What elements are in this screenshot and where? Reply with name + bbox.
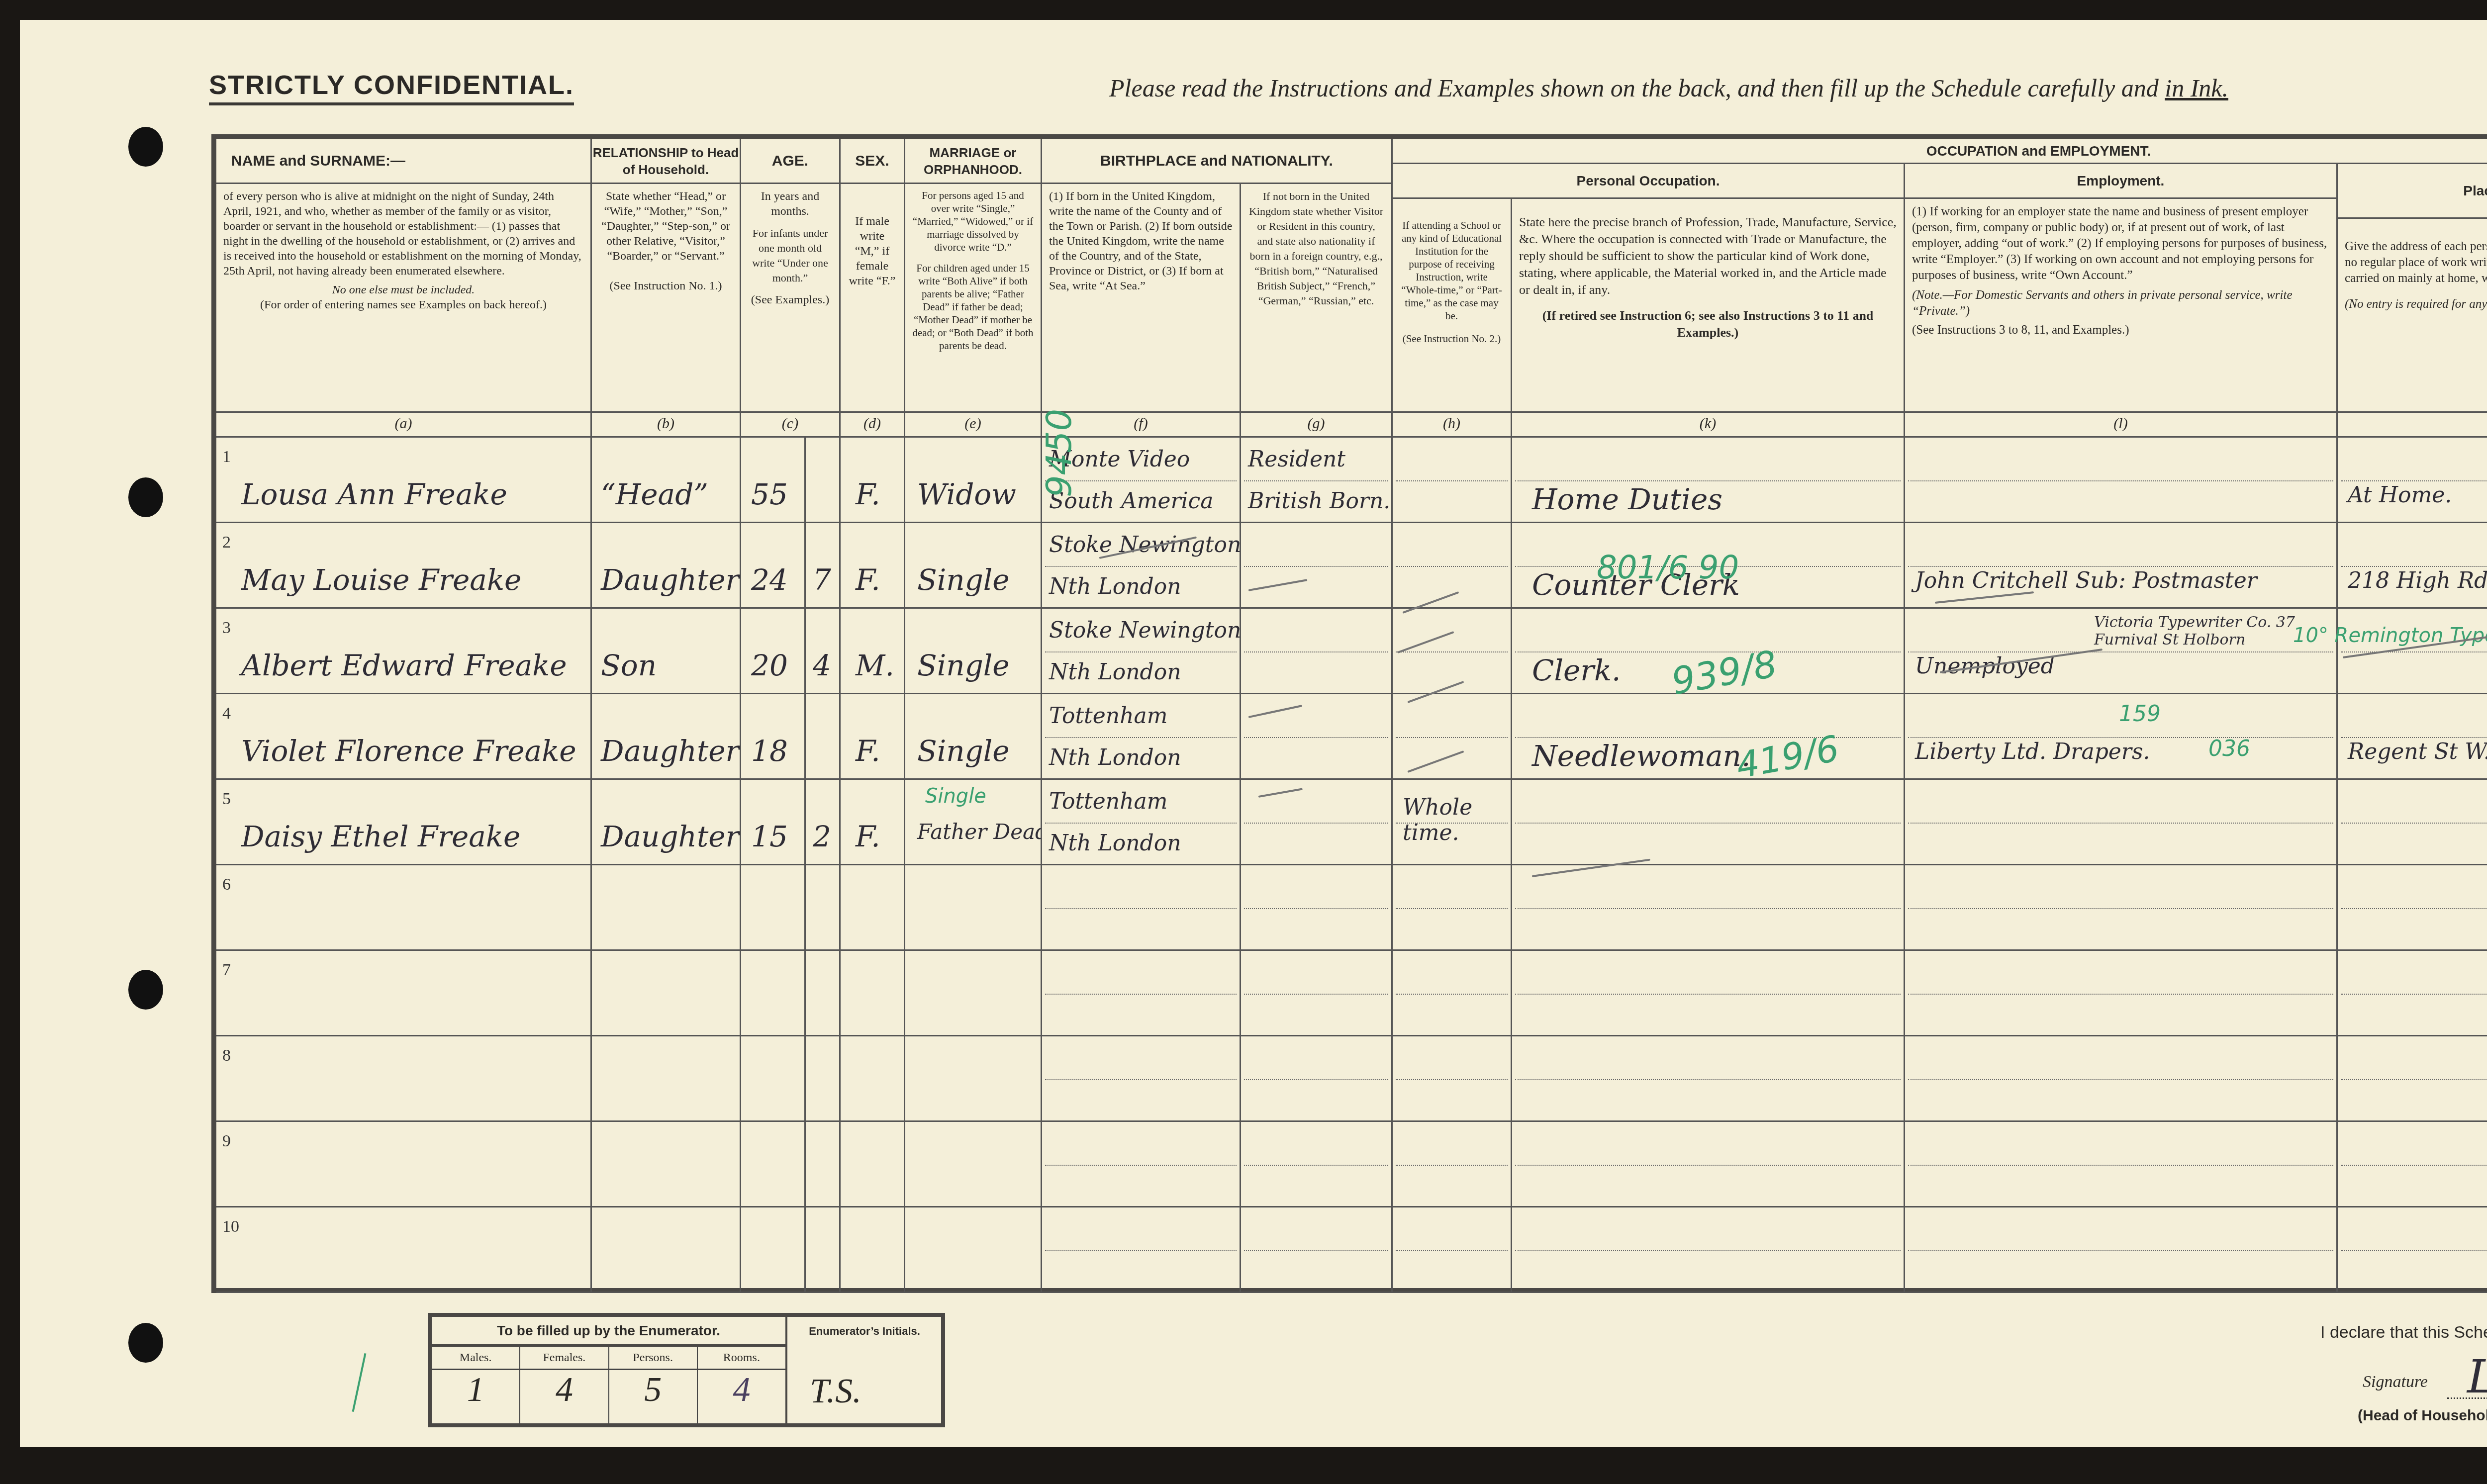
col-birthplace-title: BIRTHPLACE and NATIONALITY.	[1042, 139, 1393, 184]
row-value-birth-line1: Stoke Newington	[1049, 532, 1241, 557]
school-see: (See Instruction No. 2.)	[1400, 332, 1504, 345]
row-divider-line	[1244, 480, 1388, 481]
row-value-age-years: 20	[751, 649, 788, 682]
row-cell-employment[interactable]	[1905, 951, 2338, 1036]
females-value[interactable]: 4	[520, 1370, 608, 1410]
col-relationship-title: RELATIONSHIP to Head of Household.	[592, 139, 741, 184]
row-divider-line	[1045, 1079, 1237, 1080]
row-cell-age-months[interactable]	[806, 951, 841, 1036]
rooms-value[interactable]: 4	[698, 1370, 785, 1410]
signature-label: Signature	[2363, 1373, 2428, 1391]
enumerator-box-title: To be filled up by the Enumerator.	[432, 1317, 787, 1347]
col-name-instructions: of every person who is alive at midnight…	[216, 184, 592, 413]
row-divider-line	[1244, 651, 1388, 652]
row-cell-nationality[interactable]	[1241, 1207, 1393, 1293]
row-value-birth-line1: Stoke Newington	[1049, 618, 1241, 643]
row-cell-relationship[interactable]: Daughter	[592, 780, 741, 865]
row-value-place: 218 High Rd Wood Green.	[2348, 568, 2487, 593]
row-cell-relationship[interactable]: Daughter	[592, 523, 741, 609]
row-cell-sex[interactable]	[841, 951, 905, 1036]
row-cell-sex[interactable]	[841, 1036, 905, 1122]
row-value-employment: Liberty Ltd. Drapers.	[1915, 739, 2150, 764]
row-divider-line	[1908, 1079, 2333, 1080]
row-cell-sex[interactable]: F.	[841, 780, 905, 865]
margin-annotation: 159	[2119, 701, 2161, 727]
row-divider-line	[1396, 908, 1508, 909]
row-value-name: Violet Florence Freake	[241, 734, 576, 768]
col-birthplace-f-instructions: (1) If born in the United Kingdom, write…	[1042, 184, 1241, 413]
row-cell-name[interactable]: 2May Louise Freake	[216, 523, 592, 609]
row-cell-marriage[interactable]	[905, 1122, 1042, 1207]
row-cell-age-years[interactable]	[741, 951, 806, 1036]
row-cell-birth[interactable]: Stoke NewingtonNth London	[1042, 523, 1241, 609]
row-number: 9	[222, 1132, 231, 1151]
row-cell-name[interactable]: 9	[216, 1122, 592, 1207]
row-cell-age-months[interactable]	[806, 865, 841, 951]
row-value-relationship: Son	[601, 649, 657, 682]
row-cell-sex[interactable]: F.	[841, 694, 905, 780]
row-value-occupation: Home Duties	[1532, 482, 1722, 516]
row-cell-occupation[interactable]	[1512, 780, 1905, 865]
instruction-text: Please read the Instructions and Example…	[1109, 74, 2165, 102]
row-divider-line	[1515, 480, 1901, 481]
row-value-age-months: 7	[813, 563, 831, 597]
row-number: 2	[222, 533, 231, 552]
row-divider-line	[2341, 994, 2487, 995]
name-instructions-text: of every person who is alive at midnight…	[223, 189, 583, 278]
row-divider-line	[1396, 1079, 1508, 1080]
row-divider-line	[1396, 651, 1508, 652]
row-cell-marriage[interactable]: Single	[905, 523, 1042, 609]
males-value[interactable]: 1	[432, 1370, 519, 1410]
row-value-age-years: 18	[751, 734, 788, 768]
row-cell-sex[interactable]	[841, 1207, 905, 1293]
row-divider-line	[1515, 994, 1901, 995]
row-cell-nationality[interactable]	[1241, 609, 1393, 694]
row-divider-line	[1244, 908, 1388, 909]
col-sex-instructions: If male write “M,” if female write “F.”	[841, 184, 905, 413]
row-cell-marriage[interactable]	[905, 1036, 1042, 1122]
row-cell-employment[interactable]	[1905, 438, 2338, 523]
row-value-occupation: Clerk.	[1532, 653, 1621, 687]
row-divider-line	[1396, 480, 1508, 481]
letter-c: (c)	[741, 413, 841, 438]
letter-l: (l)	[1905, 413, 2338, 438]
marriage-children-note: For children aged under 15 write “Both A…	[912, 262, 1034, 352]
row-cell-age-years[interactable]: 55	[741, 438, 806, 523]
row-cell-school[interactable]	[1393, 1036, 1512, 1122]
enumerator-summary-box: To be filled up by the Enumerator. Enume…	[428, 1313, 945, 1427]
enumerator-initials-value[interactable]: T.S.	[810, 1372, 861, 1411]
row-cell-age-years[interactable]	[741, 1122, 806, 1207]
row-cell-occupation[interactable]	[1512, 865, 1905, 951]
males-label: Males.	[432, 1347, 519, 1370]
row-value-marriage: Single	[917, 734, 1010, 768]
col-place-instructions: Give the address of each person’s place …	[2338, 219, 2487, 413]
row-cell-place[interactable]	[2338, 609, 2487, 694]
row-cell-school[interactable]	[1393, 438, 1512, 523]
row-cell-nationality[interactable]	[1241, 865, 1393, 951]
row-cell-relationship[interactable]	[592, 865, 741, 951]
row-cell-employment[interactable]	[1905, 1207, 2338, 1293]
row-divider-line	[2341, 908, 2487, 909]
margin-annotation: 10° Remington Typewriting Specialists	[2293, 624, 2487, 647]
row-cell-birth[interactable]: Stoke NewingtonNth London	[1042, 609, 1241, 694]
row-cell-age-months[interactable]: 2	[806, 780, 841, 865]
row-number: 1	[222, 448, 231, 466]
row-value-name: Lousa Ann Freake	[241, 477, 507, 511]
row-cell-name[interactable]: 5Daisy Ethel Freake	[216, 780, 592, 865]
row-value-sex: F.	[856, 563, 880, 597]
personal-occupation-text: State here the precise branch of Profess…	[1519, 214, 1897, 298]
row-cell-place[interactable]	[2338, 780, 2487, 865]
row-divider-line	[1045, 823, 1237, 824]
punch-hole	[128, 477, 163, 517]
row-value-relationship: Daughter	[601, 734, 739, 768]
row-cell-nationality[interactable]	[1241, 951, 1393, 1036]
row-cell-nationality[interactable]	[1241, 1122, 1393, 1207]
row-cell-age-months[interactable]	[806, 1122, 841, 1207]
row-cell-marriage[interactable]: Single	[905, 609, 1042, 694]
row-cell-place[interactable]: At Home.	[2338, 438, 2487, 523]
row-number: 10	[222, 1217, 239, 1236]
row-value-birth-line2: Nth London	[1049, 659, 1181, 685]
row-value-birth-line1: Tottenham	[1049, 703, 1167, 729]
row-divider-line	[1244, 823, 1388, 824]
row-value-marriage: Single	[917, 563, 1010, 597]
row-cell-relationship[interactable]	[592, 1207, 741, 1293]
persons-label: Persons.	[609, 1347, 697, 1370]
place-instructions-text: Give the address of each person’s place …	[2345, 239, 2487, 286]
row-cell-employment[interactable]	[1905, 1036, 2338, 1122]
letter-k: (k)	[1512, 413, 1905, 438]
row-cell-age-years[interactable]: 20	[741, 609, 806, 694]
place-note: (No entry is required for any person who…	[2345, 296, 2487, 312]
row-divider-line	[1244, 566, 1388, 567]
row-cell-nationality[interactable]	[1241, 523, 1393, 609]
row-divider-line	[1908, 908, 2333, 909]
row-cell-age-years[interactable]: 15	[741, 780, 806, 865]
row-cell-school[interactable]	[1393, 1207, 1512, 1293]
row-value-marriage: Single	[917, 649, 1010, 682]
col-marriage-title: MARRIAGE or ORPHANHOOD.	[905, 139, 1042, 184]
relationship-instructions-text: State whether “Head,” or “Wife,” “Mother…	[599, 189, 733, 264]
signature-value[interactable]: L. A. Freake	[2467, 1350, 2487, 1403]
col-marriage-instructions: For persons aged 15 and over write “Sing…	[905, 184, 1042, 413]
row-number: 4	[222, 704, 231, 723]
letter-d: (d)	[841, 413, 905, 438]
row-cell-nationality[interactable]	[1241, 780, 1393, 865]
row-divider-line	[1515, 651, 1901, 652]
row-cell-occupation[interactable]	[1512, 951, 1905, 1036]
row-cell-relationship[interactable]: Son	[592, 609, 741, 694]
row-cell-name[interactable]: 10	[216, 1207, 592, 1293]
row-divider-line	[1244, 994, 1388, 995]
row-value-age-years: 55	[751, 477, 788, 511]
col-relationship-instructions: State whether “Head,” or “Wife,” “Mother…	[592, 184, 741, 413]
row-cell-relationship[interactable]: Daughter	[592, 694, 741, 780]
row-cell-school[interactable]	[1393, 951, 1512, 1036]
employment-note: (Note.—For Domestic Servants and others …	[1912, 287, 2329, 319]
row-value-relationship: “Head”	[601, 477, 708, 511]
row-cell-age-months[interactable]: 7	[806, 523, 841, 609]
row-value-birth-line2: Nth London	[1049, 831, 1181, 856]
row-cell-employment[interactable]: John Critchell Sub: Postmaster	[1905, 523, 2338, 609]
row-divider-line	[1908, 1165, 2333, 1166]
row-cell-birth[interactable]	[1042, 1207, 1241, 1293]
row-cell-occupation[interactable]: Home Duties	[1512, 438, 1905, 523]
persons-value[interactable]: 5	[609, 1370, 697, 1410]
persons-cell: Persons. 5	[609, 1347, 698, 1423]
row-cell-school[interactable]	[1393, 694, 1512, 780]
row-cell-birth[interactable]: TottenhamNth London	[1042, 780, 1241, 865]
row-value-name: Albert Edward Freake	[241, 649, 567, 682]
row-divider-line	[1045, 908, 1237, 909]
row-value-name: May Louise Freake	[241, 563, 521, 597]
letter-g: (g)	[1241, 413, 1393, 438]
fill-instructions: Please read the Instructions and Example…	[1109, 74, 2228, 102]
col-school-instructions: If attending a School or any kind of Edu…	[1393, 199, 1512, 413]
row-value-sex: F.	[856, 820, 880, 853]
age-infants-note: For infants under one month old write “U…	[748, 226, 832, 285]
row-value-age-months: 2	[813, 820, 831, 853]
row-divider-line	[1045, 994, 1237, 995]
row-cell-occupation[interactable]: Needlewoman.	[1512, 694, 1905, 780]
row-divider-line	[2341, 651, 2487, 652]
col-personal-occupation-instructions: State here the precise branch of Profess…	[1512, 199, 1905, 413]
marriage-instructions-text: For persons aged 15 and over write “Sing…	[912, 189, 1034, 254]
declaration-text: I declare that this Schedule is correctl…	[2320, 1323, 2487, 1342]
row-cell-marriage[interactable]: Widow	[905, 438, 1042, 523]
name-note: No one else must be included.	[223, 282, 583, 297]
row-cell-age-years[interactable]	[741, 1036, 806, 1122]
row-cell-birth[interactable]	[1042, 951, 1241, 1036]
row-cell-age-years[interactable]	[741, 1207, 806, 1293]
row-cell-occupation[interactable]	[1512, 1207, 1905, 1293]
row-cell-age-months[interactable]	[806, 694, 841, 780]
row-cell-name[interactable]: 8	[216, 1036, 592, 1122]
row-cell-marriage[interactable]: Single	[905, 694, 1042, 780]
row-value-name: Daisy Ethel Freake	[241, 820, 520, 853]
row-cell-school[interactable]	[1393, 1122, 1512, 1207]
row-cell-place[interactable]: Regent St W.	[2338, 694, 2487, 780]
enumerator-counts: Males. 1 Females. 4 Persons. 5 Rooms. 4	[432, 1347, 787, 1423]
row-cell-sex[interactable]	[841, 865, 905, 951]
row-cell-sex[interactable]: M.	[841, 609, 905, 694]
row-divider-line	[2341, 566, 2487, 567]
row-cell-sex[interactable]: F.	[841, 523, 905, 609]
letter-a: (a)	[216, 413, 592, 438]
letter-e: (e)	[905, 413, 1042, 438]
row-cell-name[interactable]: 3Albert Edward Freake	[216, 609, 592, 694]
row-divider-line	[1908, 566, 2333, 567]
row-divider-line	[1908, 651, 2333, 652]
row-cell-name[interactable]: 6	[216, 865, 592, 951]
row-divider-line	[1045, 566, 1237, 567]
row-value-birth-line2: Nth London	[1049, 574, 1181, 599]
col-occupation-title: OCCUPATION and EMPLOYMENT.	[1393, 139, 2487, 164]
row-divider-line	[1515, 908, 1901, 909]
row-value-marriage: Widow	[917, 477, 1016, 511]
row-cell-employment[interactable]	[1905, 865, 2338, 951]
age-see: (See Examples.)	[748, 292, 832, 307]
row-cell-name[interactable]: 7	[216, 951, 592, 1036]
row-value-nationality-line1: Resident	[1248, 447, 1345, 472]
row-divider-line	[1244, 1079, 1388, 1080]
row-value-marriage: Father Dead	[917, 820, 1042, 844]
row-cell-occupation[interactable]	[1512, 1036, 1905, 1122]
row-cell-school[interactable]: Whole time.	[1393, 780, 1512, 865]
row-cell-marriage[interactable]	[905, 865, 1042, 951]
place-of-work-title: Place of Work.	[2338, 164, 2487, 219]
row-divider-line	[1908, 737, 2333, 738]
row-cell-school[interactable]	[1393, 523, 1512, 609]
row-divider-line	[1396, 566, 1508, 567]
row-cell-school[interactable]	[1393, 609, 1512, 694]
row-value-age-months: 4	[813, 649, 831, 682]
relationship-see: (See Instruction No. 1.)	[599, 278, 733, 293]
row-number: 3	[222, 619, 231, 638]
row-cell-name[interactable]: 4Violet Florence Freake	[216, 694, 592, 780]
row-cell-birth[interactable]	[1042, 1122, 1241, 1207]
col-sex-title: SEX.	[841, 139, 905, 184]
row-divider-line	[1908, 1250, 2333, 1251]
females-label: Females.	[520, 1347, 608, 1370]
row-number: 7	[222, 961, 231, 980]
row-value-sex: F.	[856, 477, 880, 511]
row-divider-line	[1045, 1250, 1237, 1251]
row-cell-place[interactable]	[2338, 951, 2487, 1036]
row-divider-line	[1908, 480, 2333, 481]
row-divider-line	[1396, 737, 1508, 738]
row-cell-relationship[interactable]	[592, 951, 741, 1036]
age-instructions-text: In years and months.	[748, 189, 832, 219]
males-cell: Males. 1	[432, 1347, 520, 1423]
row-cell-relationship[interactable]: “Head”	[592, 438, 741, 523]
row-value-birth-line1: Tottenham	[1049, 789, 1167, 814]
row-value-nationality-line2: British Born.	[1248, 488, 1390, 514]
row-cell-sex[interactable]	[841, 1122, 905, 1207]
row-value-relationship: Daughter	[601, 820, 739, 853]
col-name-title: NAME and SURNAME:—	[216, 139, 592, 184]
name-order-note: (For order of entering names see Example…	[223, 297, 583, 312]
row-cell-birth[interactable]	[1042, 865, 1241, 951]
row-cell-nationality[interactable]: ResidentBritish Born.	[1241, 438, 1393, 523]
row-divider-line	[1515, 1165, 1901, 1166]
row-divider-line	[1515, 1079, 1901, 1080]
row-divider-line	[2341, 1165, 2487, 1166]
row-value-marriage-correction: Single	[925, 785, 986, 808]
row-cell-marriage[interactable]	[905, 951, 1042, 1036]
punch-hole	[128, 1323, 163, 1363]
row-cell-nationality[interactable]	[1241, 694, 1393, 780]
row-cell-relationship[interactable]	[592, 1036, 741, 1122]
employment-title: Employment.	[1905, 164, 2338, 199]
rooms-label: Rooms.	[698, 1347, 785, 1370]
row-cell-place[interactable]	[2338, 865, 2487, 951]
row-divider-line	[2341, 737, 2487, 738]
row-cell-age-months[interactable]: 4	[806, 609, 841, 694]
margin-annotation: 801/6 90	[1597, 550, 1739, 586]
row-cell-place[interactable]: 218 High Rd Wood Green.	[2338, 523, 2487, 609]
row-cell-age-years[interactable]: 24	[741, 523, 806, 609]
row-value-sex: M.	[856, 649, 894, 682]
row-cell-birth[interactable]	[1042, 1036, 1241, 1122]
row-cell-employment[interactable]	[1905, 1122, 2338, 1207]
punch-hole	[128, 127, 163, 167]
row-divider-line	[2341, 480, 2487, 481]
row-cell-occupation[interactable]	[1512, 1122, 1905, 1207]
row-value-occupation: Needlewoman.	[1532, 739, 1750, 773]
row-cell-school[interactable]	[1393, 865, 1512, 951]
row-cell-employment[interactable]	[1905, 780, 2338, 865]
row-number: 8	[222, 1046, 231, 1065]
row-divider-line	[1908, 994, 2333, 995]
row-divider-line	[2341, 823, 2487, 824]
row-divider-line	[1244, 1165, 1388, 1166]
row-cell-place[interactable]	[2338, 1207, 2487, 1293]
row-cell-relationship[interactable]	[592, 1122, 741, 1207]
employment-see: (See Instructions 3 to 8, 11, and Exampl…	[1912, 322, 2329, 338]
row-divider-line	[1045, 1165, 1237, 1166]
confidential-title: STRICTLY CONFIDENTIAL.	[209, 70, 574, 105]
row-divider-line	[1515, 823, 1901, 824]
row-divider-line	[1396, 1165, 1508, 1166]
row-divider-line	[1045, 737, 1237, 738]
col-birthplace-g-instructions: If not born in the United Kingdom state …	[1241, 184, 1393, 413]
col-employment-instructions: (1) If working for an employer state the…	[1905, 199, 2338, 413]
row-cell-place[interactable]	[2338, 1036, 2487, 1122]
school-instructions-text: If attending a School or any kind of Edu…	[1400, 219, 1504, 322]
row-value-age-years: 24	[751, 563, 788, 597]
employment-instructions-text: (1) If working for an employer state the…	[1912, 204, 2329, 283]
row-cell-birth[interactable]: TottenhamNth London	[1042, 694, 1241, 780]
row-divider-line	[1244, 1250, 1388, 1251]
row-cell-age-months[interactable]	[806, 438, 841, 523]
row-divider-line	[1515, 737, 1901, 738]
row-number: 6	[222, 875, 231, 894]
row-cell-age-months[interactable]	[806, 1207, 841, 1293]
row-cell-place[interactable]	[2338, 1122, 2487, 1207]
margin-annotation: 9450	[1039, 409, 1079, 497]
rooms-cell: Rooms. 4	[698, 1347, 785, 1423]
row-divider-line	[1396, 1250, 1508, 1251]
letter-h: (h)	[1393, 413, 1512, 438]
row-cell-age-years[interactable]	[741, 865, 806, 951]
row-cell-age-years[interactable]: 18	[741, 694, 806, 780]
col-age-title: AGE.	[741, 139, 841, 184]
letter-m: (m)	[2338, 413, 2487, 438]
row-value-birth-line2: Nth London	[1049, 745, 1181, 770]
row-cell-employment[interactable]: UnemployedVictoria Typewriter Co. 37 Fur…	[1905, 609, 2338, 694]
row-cell-name[interactable]: 1Lousa Ann Freake	[216, 438, 592, 523]
row-cell-marriage[interactable]: Father DeadSingle	[905, 780, 1042, 865]
household-schedule-table: NAME and SURNAME:— RELATIONSHIP to Head …	[211, 134, 2487, 1293]
row-cell-age-months[interactable]	[806, 1036, 841, 1122]
col-age-instructions: In years and months. For infants under o…	[741, 184, 841, 413]
row-cell-marriage[interactable]	[905, 1207, 1042, 1293]
row-cell-nationality[interactable]	[1241, 1036, 1393, 1122]
punch-hole	[128, 970, 163, 1010]
row-number: 5	[222, 790, 231, 809]
row-value-place: At Home.	[2348, 482, 2452, 508]
margin-annotation: 036	[2208, 736, 2250, 761]
row-value-school: Whole time.	[1403, 795, 1502, 845]
row-cell-sex[interactable]: F.	[841, 438, 905, 523]
letter-b: (b)	[592, 413, 741, 438]
row-value-age-years: 15	[751, 820, 788, 853]
row-value-place: Regent St W.	[2348, 739, 2487, 764]
